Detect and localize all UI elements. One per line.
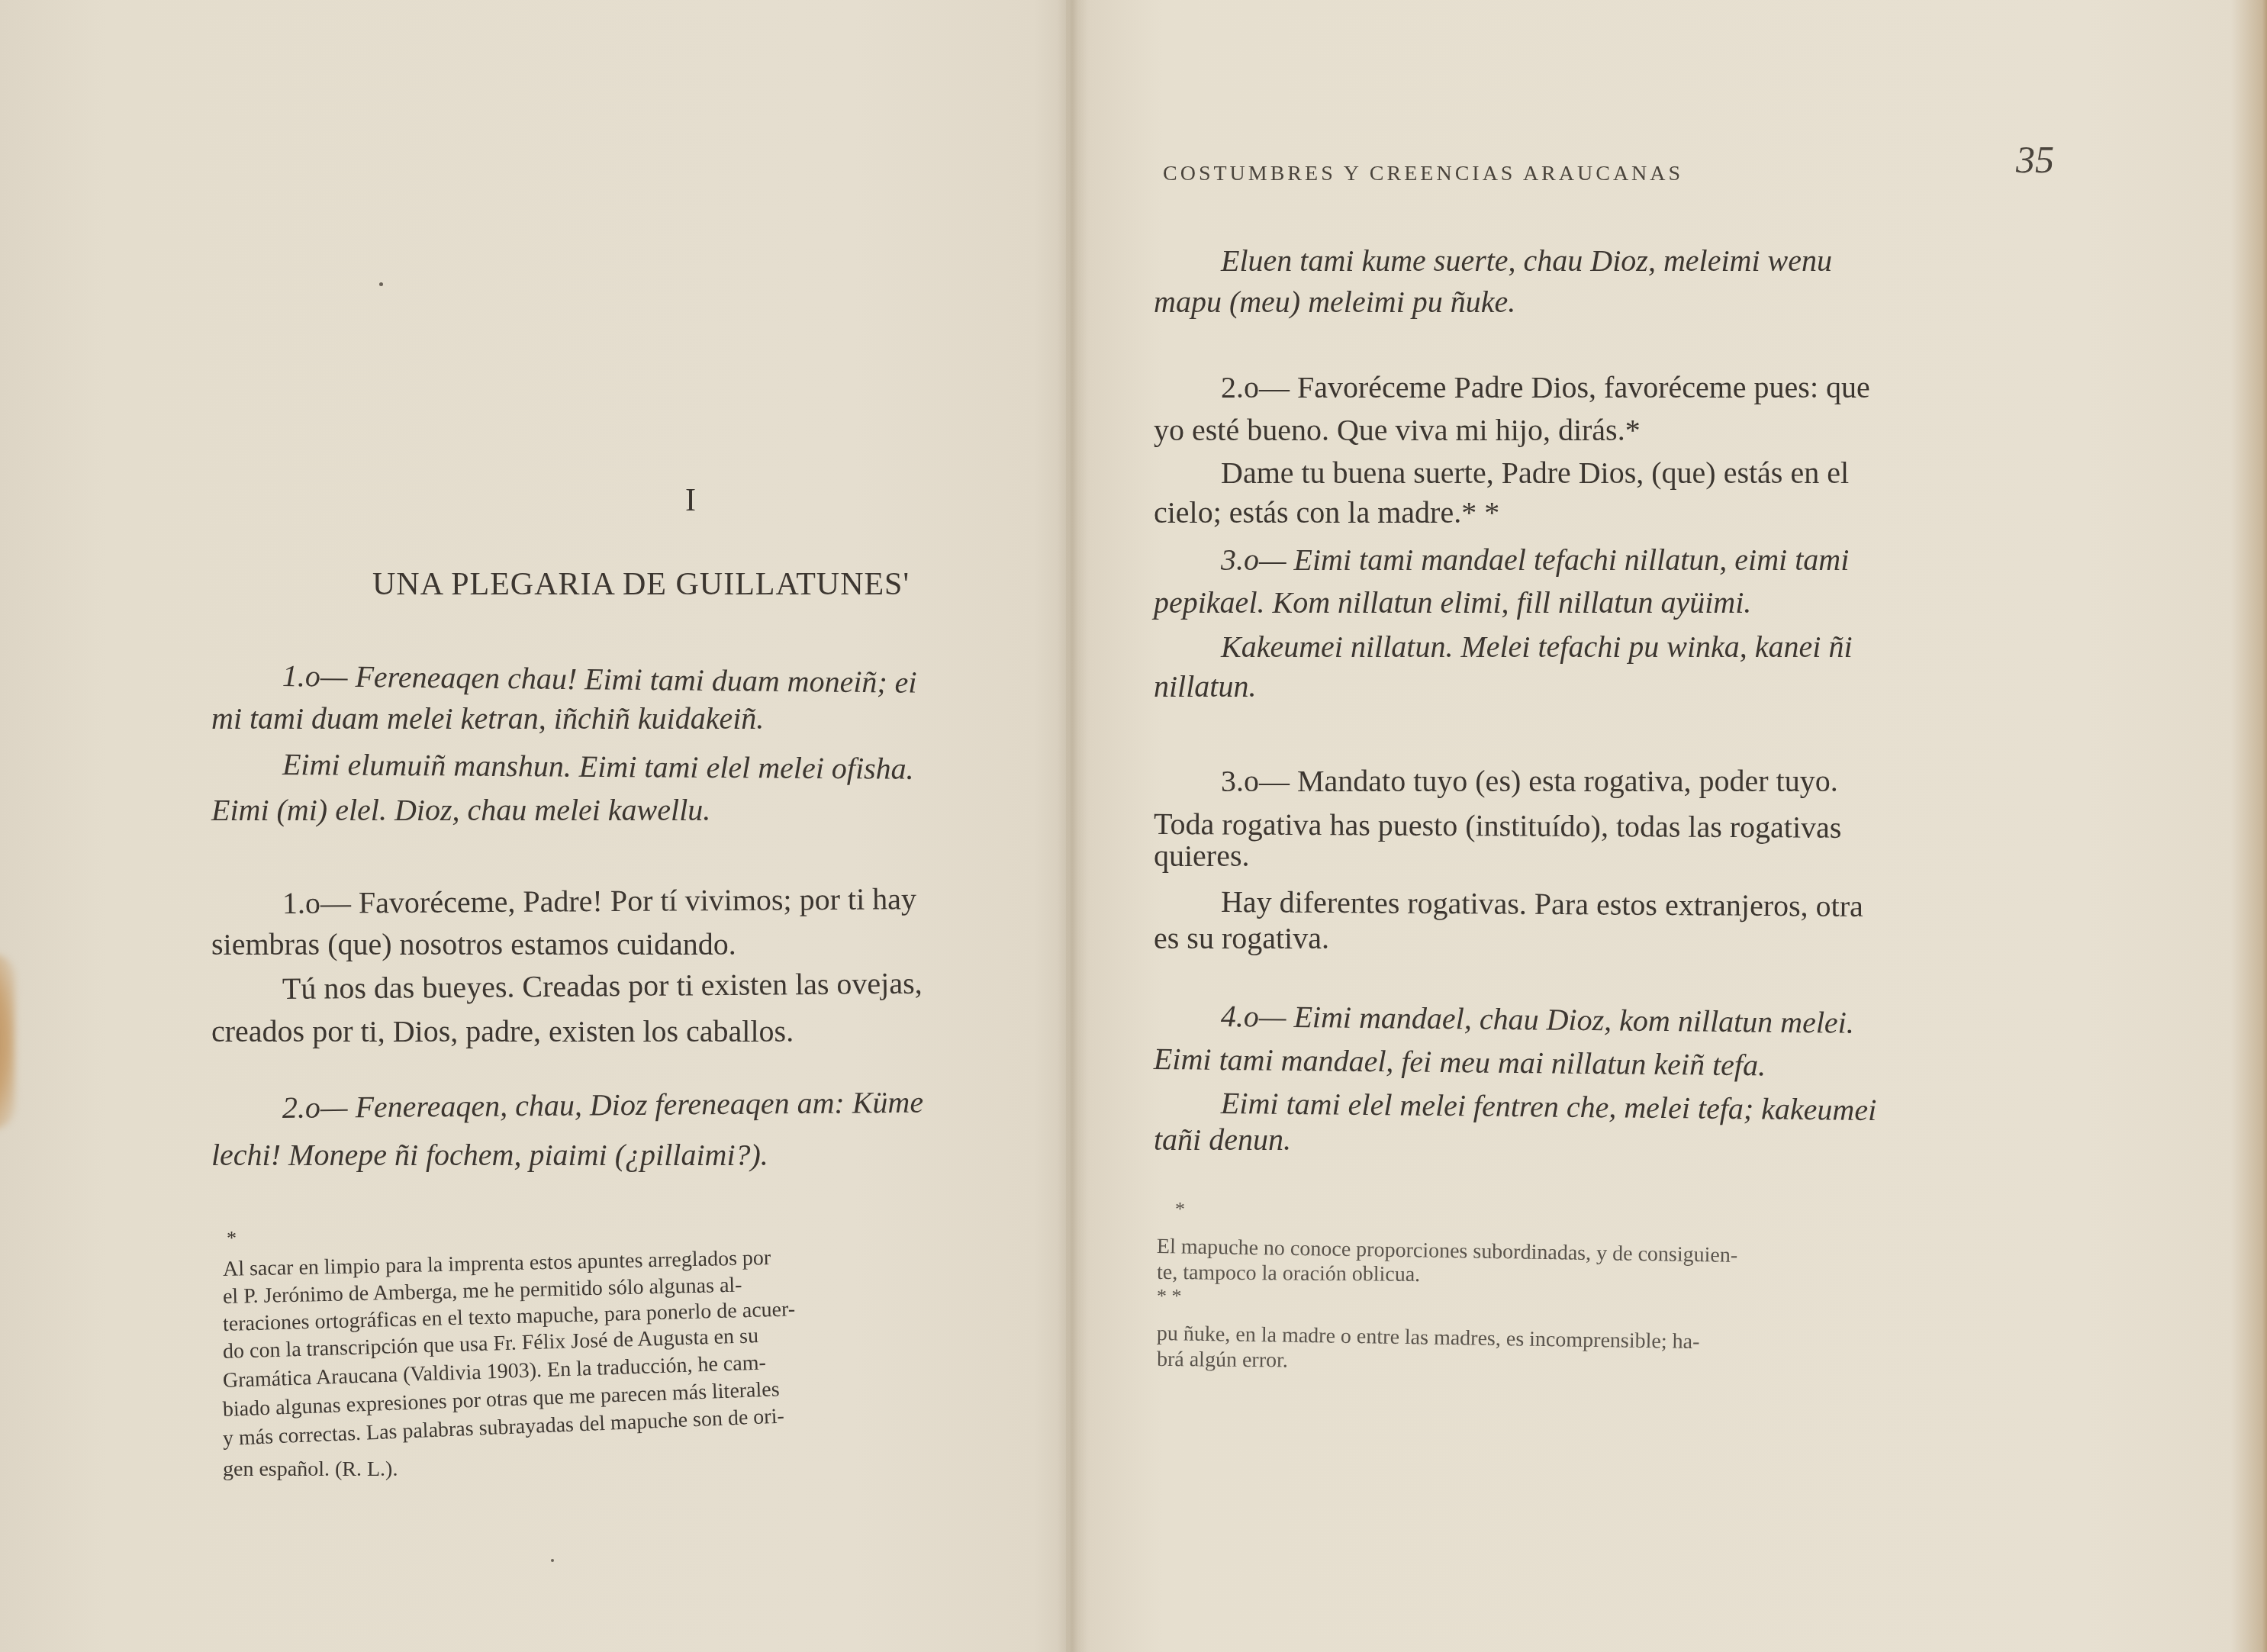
thumb (0, 954, 15, 1129)
text-line: mapu (meu) meleimi pu ñuke. (1154, 284, 1515, 320)
chapter-numeral: I (685, 482, 696, 519)
text-line: quieres. (1154, 838, 1250, 874)
text-line: siembras (que) nosotros estamos cuidando… (211, 926, 736, 962)
text-line: Tú nos das bueyes. Creadas por ti existe… (282, 965, 923, 1006)
text-line: 1.o— Favoréceme, Padre! Por tí vivimos; … (282, 881, 916, 921)
text-line: Hay diferentes rogativas. Para estos ext… (1221, 884, 1863, 924)
text-line: 3.o— Mandato tuyo (es) esta rogativa, po… (1221, 763, 1838, 799)
text-line: yo esté bueno. Que viva mi hijo, dirás.* (1154, 412, 1641, 448)
text-line: Eimi elumuiñ manshun. Eimi tami elel mel… (282, 746, 914, 787)
footnote-line: gen español. (R. L.). (223, 1457, 398, 1482)
text-line: Eimi (mi) elel. Dioz, chau melei kawellu… (211, 792, 710, 828)
open-book-spread: I UNA PLEGARIA DE GUILLATUNES' 1.o— Fere… (0, 0, 2267, 1652)
text-line: 4.o— Eimi mandael, chau Dioz, kom nillat… (1221, 998, 1854, 1041)
text-line: Kakeumei nillatun. Melei tefachi pu wink… (1221, 629, 1853, 665)
text-line: Toda rogativa has puesto (instituído), t… (1154, 806, 1842, 845)
left-page: I UNA PLEGARIA DE GUILLATUNES' 1.o— Fere… (0, 0, 1066, 1652)
footnote-marker: * (1175, 1198, 1185, 1221)
text-line: mi tami duam melei ketran, iñchiñ kuidak… (211, 700, 764, 736)
paper-speck (551, 1559, 554, 1562)
text-line: Dame tu buena suerte, Padre Dios, (que) … (1221, 455, 1849, 491)
paper-speck (379, 282, 383, 286)
chapter-title: UNA PLEGARIA DE GUILLATUNES' (372, 566, 910, 603)
text-line: lechi! Monepe ñi fochem, piaimi (¿pillai… (211, 1137, 768, 1173)
text-line: nillatun. (1154, 668, 1256, 704)
text-line: 2.o— Favoréceme Padre Dios, favoréceme p… (1221, 369, 1870, 405)
text-line: 3.o— Eimi tami mandael tefachi nillatun,… (1221, 542, 1849, 578)
text-line: tañi denun. (1154, 1122, 1291, 1158)
text-line: pepikael. Kom nillatun elimi, fill nilla… (1154, 584, 1751, 620)
book-spine (1057, 0, 1087, 1652)
footnote-line: te, tampoco la oración oblicua. (1157, 1261, 1420, 1287)
text-line: 2.o— Fenereaqen, chau, Dioz fereneaqen a… (282, 1084, 924, 1125)
footnote-line: brá algún error. (1157, 1348, 1288, 1373)
text-line: Eluen tami kume suerte, chau Dioz, melei… (1221, 243, 1832, 279)
footnote-marker: * * (1157, 1285, 1182, 1308)
text-line: es su rogativa. (1154, 920, 1329, 956)
text-line: 1.o— Fereneaqen chau! Eimi tami duam mon… (282, 658, 917, 700)
page-number: 35 (2016, 137, 2054, 182)
text-line: cielo; estás con la madre.* * (1154, 494, 1499, 530)
footnote-marker: * (227, 1227, 237, 1250)
running-head: COSTUMBRES Y CREENCIAS ARAUCANAS (1163, 162, 1683, 186)
text-line: Eimi tami elel melei fentren che, melei … (1221, 1085, 1877, 1128)
text-line: creados por ti, Dios, padre, existen los… (211, 1013, 794, 1049)
text-line: Eimi tami mandael, fei meu mai nillatun … (1154, 1041, 1766, 1083)
